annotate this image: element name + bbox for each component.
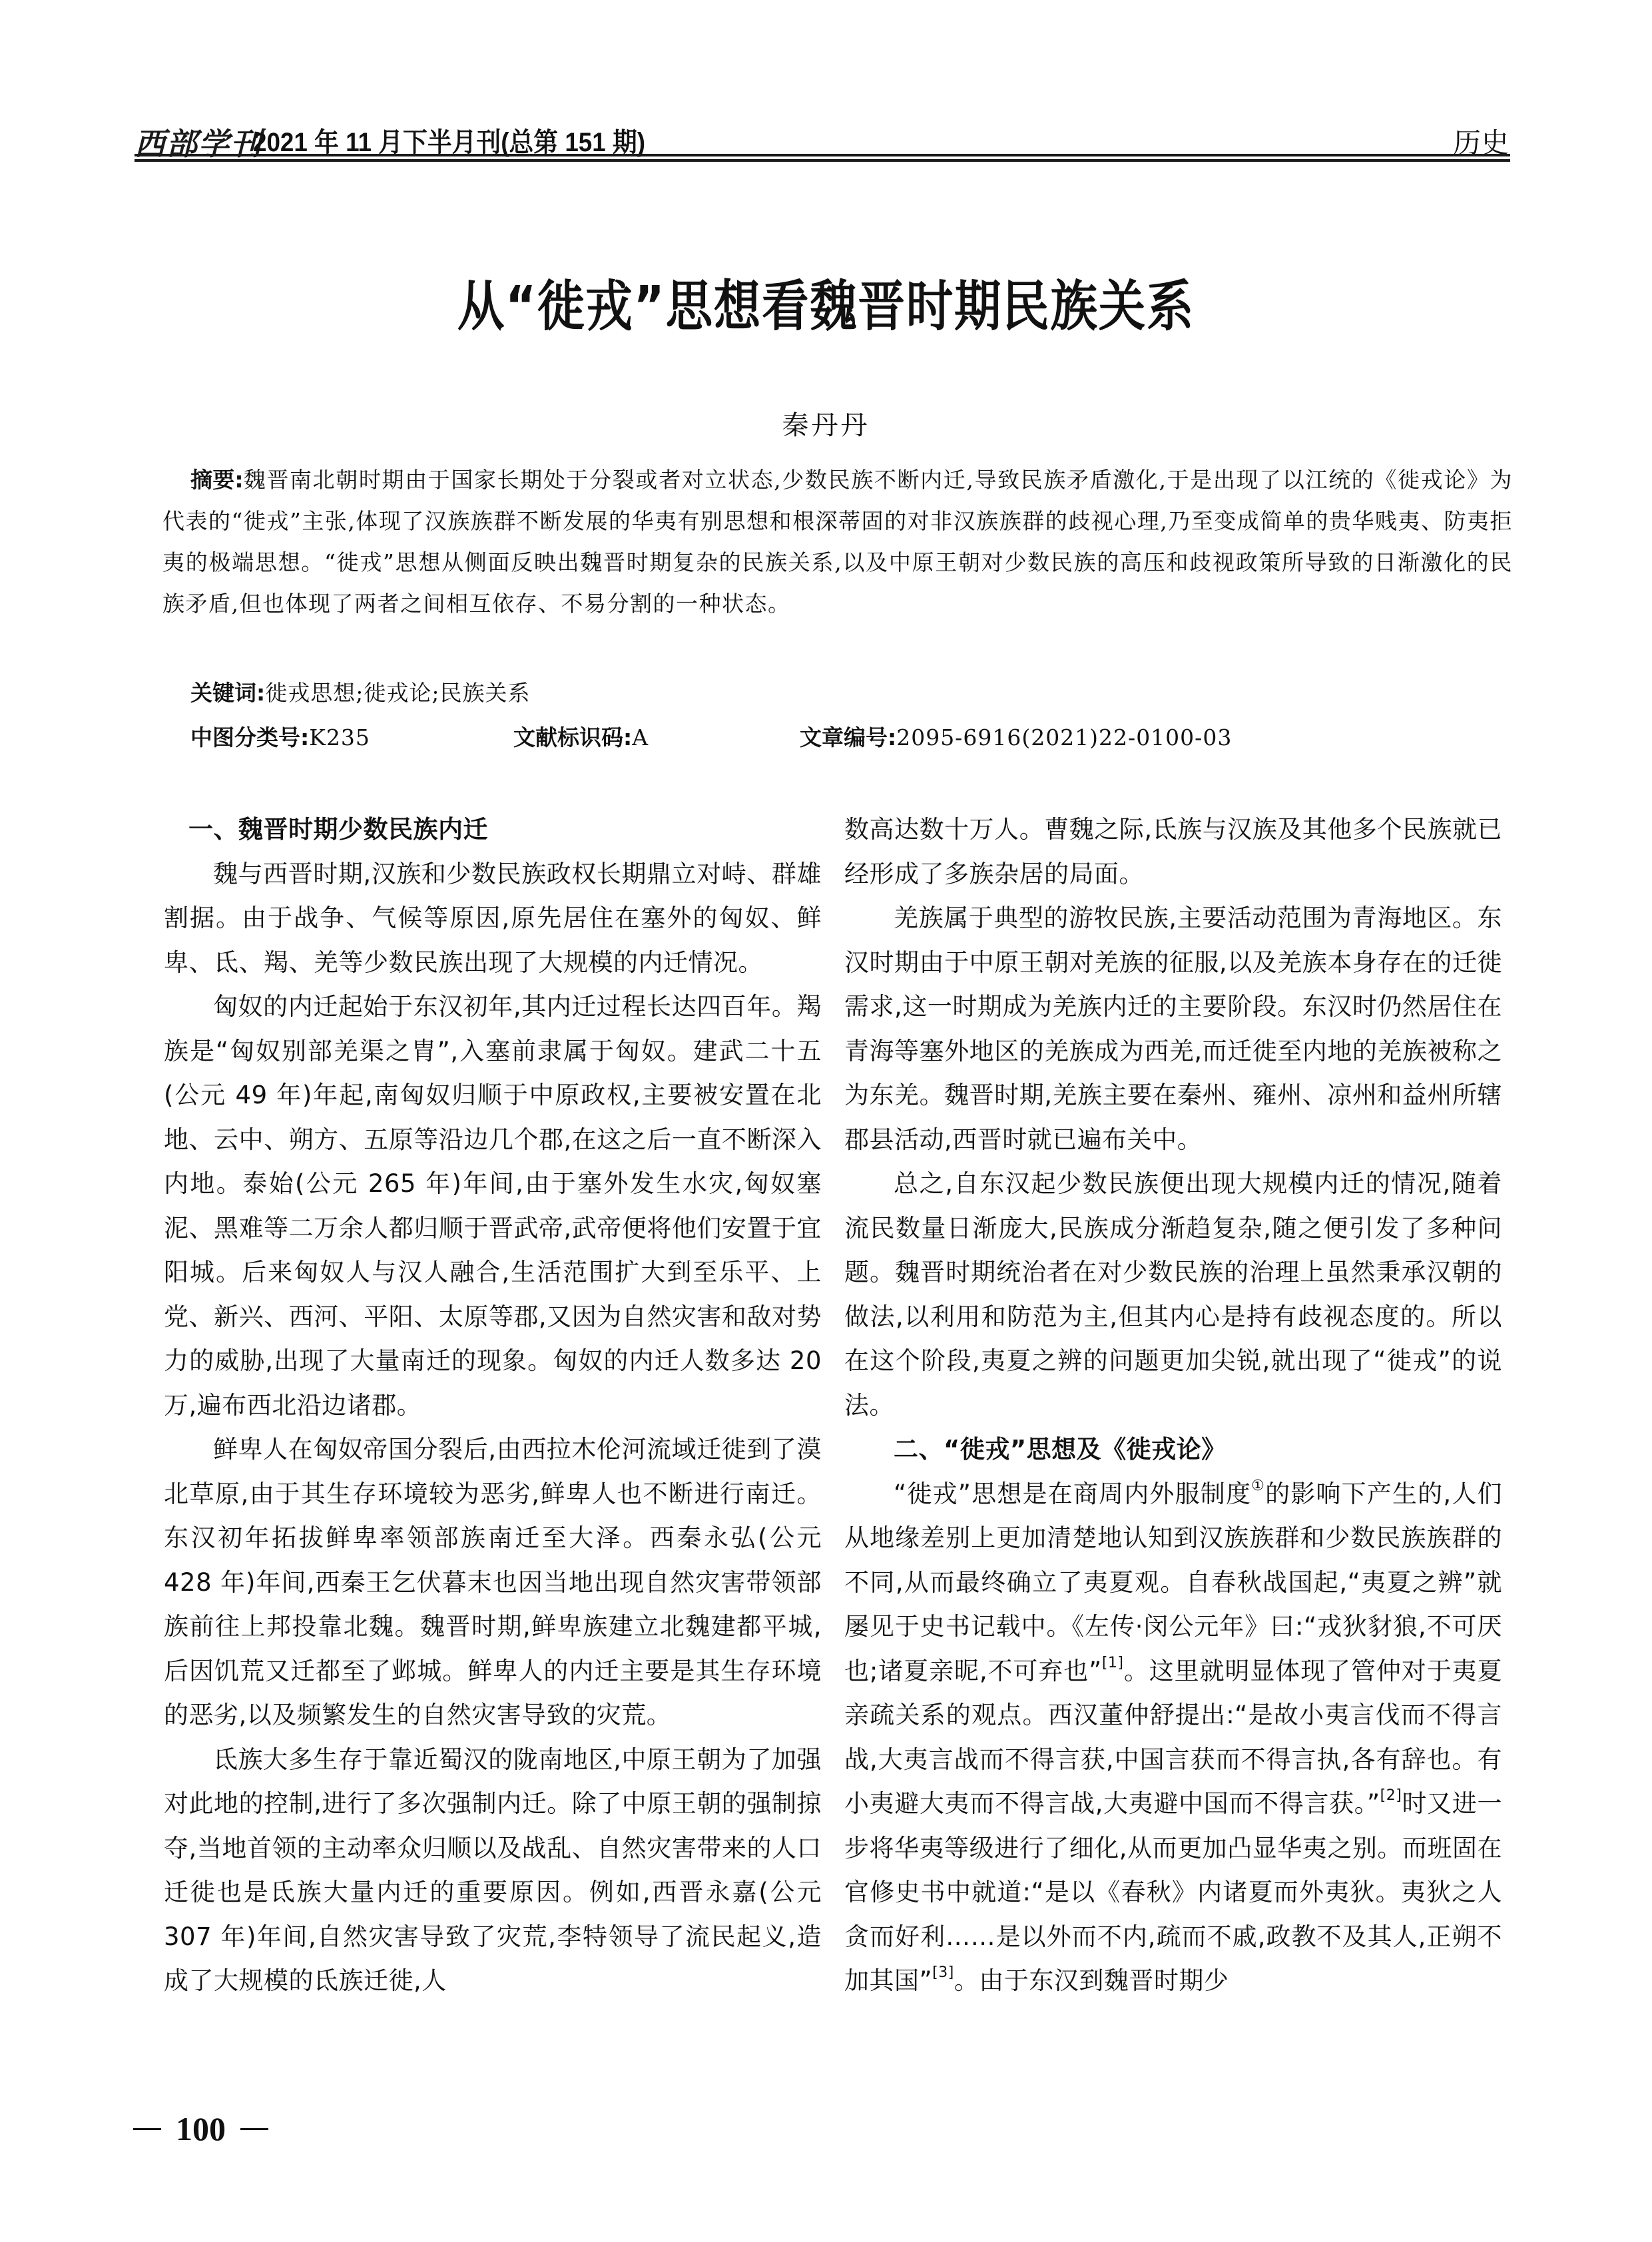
dash-left bbox=[133, 2128, 161, 2130]
keywords-text: 徙戎思想;徙戎论;民族关系 bbox=[265, 680, 530, 706]
abstract-label: 摘要: bbox=[190, 467, 244, 493]
citation-ref: [1] bbox=[1102, 1655, 1124, 1671]
citation-ref: [2] bbox=[1380, 1787, 1402, 1804]
journal-logo: 西部学刊 bbox=[135, 120, 262, 164]
classification-line: 中图分类号:K235文献标识码:A文章编号:2095-6916(2021)22-… bbox=[190, 720, 1322, 752]
dash-right bbox=[240, 2128, 268, 2130]
clc-number: 中图分类号:K235 bbox=[190, 720, 513, 752]
paragraph: 氐族大多生存于靠近蜀汉的陇南地区,中原王朝为了加强对此地的控制,进行了多次强制内… bbox=[164, 1738, 822, 2004]
header-rule-top bbox=[135, 154, 1510, 156]
article-title: 从“徙戎”思想看魏晋时期民族关系 bbox=[116, 263, 1537, 341]
footnote-marker: ① bbox=[1251, 1478, 1265, 1494]
paragraph-continued: 数高达数十万人。曹魏之际,氐族与汉族及其他多个民族就已经形成了多族杂居的局面。 bbox=[844, 808, 1502, 896]
article-number: 文章编号:2095-6916(2021)22-0100-03 bbox=[800, 720, 1232, 752]
body-column-left: 一、魏晋时期少数民族内迁 魏与西晋时期,汉族和少数民族政权长期鼎立对峙、群雄割据… bbox=[164, 808, 822, 2004]
section-heading-2: 二、“徙戎”思想及《徙戎论》 bbox=[844, 1428, 1502, 1472]
running-header: 西部学刊 2021 年 11 月下半月刊(总第 151 期) 历史 bbox=[135, 120, 1510, 153]
paragraph: 总之,自东汉起少数民族便出现大规模内迁的情况,随着流民数量日渐庞大,民族成分渐趋… bbox=[844, 1162, 1502, 1428]
paragraph: 鲜卑人在匈奴帝国分裂后,由西拉木伦河流域迁徙到了漠北草原,由于其生存环境较为恶劣… bbox=[164, 1428, 822, 1738]
section-heading-1: 一、魏晋时期少数民族内迁 bbox=[164, 808, 822, 852]
page-number-value: 100 bbox=[176, 2109, 226, 2148]
article-author: 秦丹丹 bbox=[0, 404, 1652, 442]
abstract-text: 魏晋南北朝时期由于国家长期处于分裂或者对立状态,少数民族不断内迁,导致民族矛盾激… bbox=[162, 467, 1513, 617]
body-column-right: 数高达数十万人。曹魏之际,氐族与汉族及其他多个民族就已经形成了多族杂居的局面。 … bbox=[844, 808, 1502, 2004]
header-rule-bottom bbox=[135, 159, 1510, 162]
abstract: 摘要:魏晋南北朝时期由于国家长期处于分裂或者对立状态,少数民族不断内迁,导致民族… bbox=[162, 459, 1513, 625]
paragraph: 魏与西晋时期,汉族和少数民族政权长期鼎立对峙、群雄割据。由于战争、气候等原因,原… bbox=[164, 852, 822, 985]
keywords-line: 关键词:徙戎思想;徙戎论;民族关系 bbox=[190, 676, 530, 707]
document-code: 文献标识码:A bbox=[513, 720, 800, 752]
paragraph: “徙戎”思想是在商周内外服制度①的影响下产生的,人们从地缘差别上更加清楚地认知到… bbox=[844, 1472, 1502, 2004]
paragraph: 羌族属于典型的游牧民族,主要活动范围为青海地区。东汉时期由于中原王朝对羌族的征服… bbox=[844, 896, 1502, 1162]
keywords-label: 关键词: bbox=[190, 680, 265, 706]
page-number: 100 bbox=[133, 2109, 268, 2148]
paragraph: 匈奴的内迁起始于东汉初年,其内迁过程长达四百年。羯族是“匈奴别部羌渠之胄”,入塞… bbox=[164, 985, 822, 1428]
citation-ref: [3] bbox=[932, 1964, 954, 1981]
